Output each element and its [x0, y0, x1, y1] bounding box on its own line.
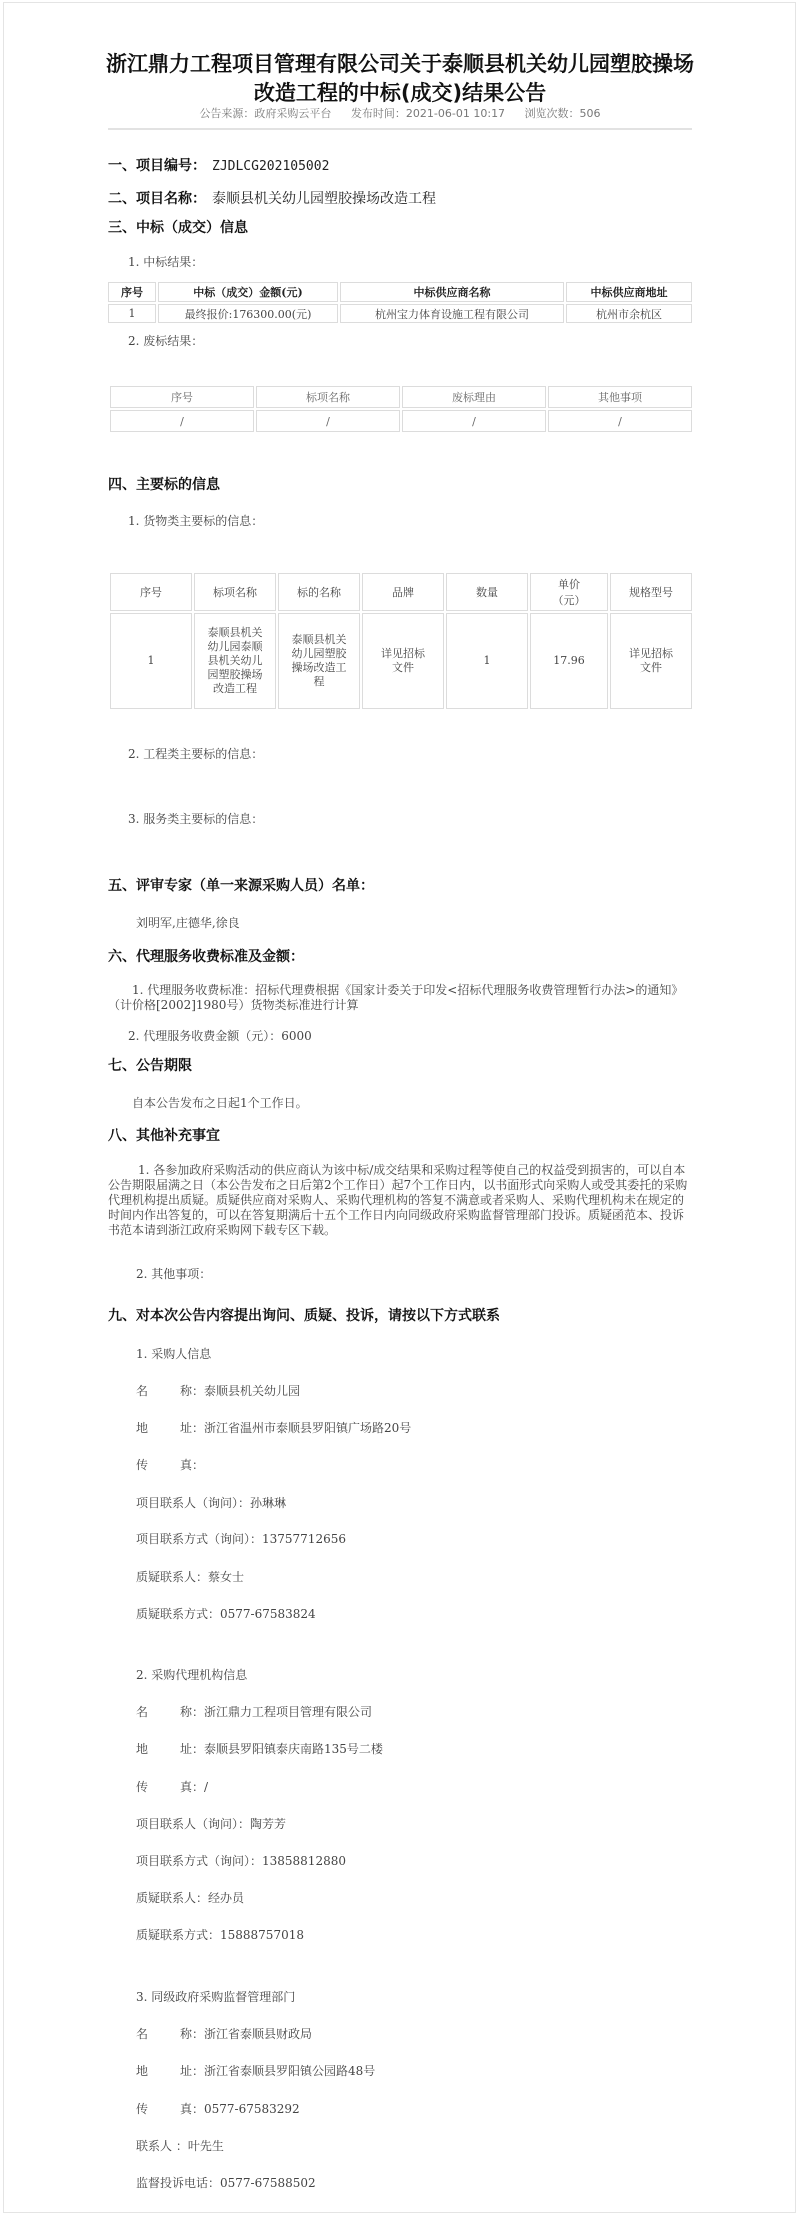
purchaser-question-contact: 质疑联系人：蔡女士: [136, 1568, 244, 1585]
purchaser-fax: 传真：: [136, 1456, 204, 1473]
column-header: 其他事项: [548, 386, 692, 408]
award-result-label: 1. 中标结果：: [128, 253, 203, 270]
section-main-items: 四、主要标的信息: [108, 474, 220, 494]
table-cell: /: [110, 410, 254, 432]
supervisor-complaint-phone: 监督投诉电话：0577-67588502: [136, 2174, 316, 2191]
table-row: 1 泰顺县机关幼儿园泰顺县机关幼儿园塑胶操场改造工程 泰顺县机关幼儿园塑胶操场改…: [110, 613, 692, 709]
agency-address: 地址：泰顺县罗阳镇泰庆南路135号二楼: [136, 1740, 383, 1757]
announcement-period: 自本公告发布之日起1个工作日。: [132, 1094, 308, 1111]
column-header: 中标供应商地址: [566, 282, 692, 302]
agency-contact: 项目联系人（询问）：陶芳芳: [136, 1815, 286, 1832]
section-heading: 二、项目名称：: [108, 191, 206, 207]
agency-question-phone: 质疑联系方式：15888757018: [136, 1926, 304, 1943]
agency-fax: 传真：/: [136, 1778, 208, 1795]
table-cell: /: [548, 410, 692, 432]
section-agency-fee: 六、代理服务收费标准及金额：: [108, 946, 304, 966]
supervisor-info-title: 3. 同级政府采购监督管理部门: [136, 1988, 295, 2005]
supervisor-name: 名称：浙江省泰顺县财政局: [136, 2025, 312, 2042]
unit-price: 17.96: [530, 613, 608, 709]
supervisor-fax: 传真：0577-67583292: [136, 2100, 300, 2117]
table-cell: 泰顺县机关幼儿园泰顺县机关幼儿园塑胶操场改造工程: [194, 613, 276, 709]
purchaser-contact-phone: 项目联系方式（询问）：13757712656: [136, 1530, 346, 1547]
page-frame: [3, 2, 796, 2213]
agency-info-title: 2. 采购代理机构信息: [136, 1666, 247, 1683]
goods-items-label: 1. 货物类主要标的信息：: [128, 512, 263, 529]
column-header: 废标理由: [402, 386, 546, 408]
table-header-row: 序号 中标（成交）金额(元) 中标供应商名称 中标供应商地址: [108, 282, 692, 302]
agency-contact-phone: 项目联系方式（询问）：13858812880: [136, 1852, 346, 1869]
table-cell: 泰顺县机关幼儿园塑胶操场改造工程: [278, 613, 360, 709]
table-cell: 详见招标文件: [610, 613, 692, 709]
supervisor-address: 地址：浙江省泰顺县罗阳镇公园路48号: [136, 2062, 375, 2079]
column-header: 单价（元）: [530, 573, 608, 611]
column-header: 序号: [110, 386, 254, 408]
expert-names: 刘明军,庄德华,徐良: [136, 914, 240, 931]
agency-fee-amount: 2. 代理服务收费金额（元）：6000: [128, 1027, 312, 1044]
service-items-label: 3. 服务类主要标的信息：: [128, 810, 263, 827]
page-title: 浙江鼎力工程项目管理有限公司关于泰顺县机关幼儿园塑胶操场改造工程的中标(成交)结…: [100, 50, 700, 108]
section-announcement-period: 七、公告期限: [108, 1055, 192, 1075]
engineering-items-label: 2. 工程类主要标的信息：: [128, 745, 263, 762]
section-project-name: 二、项目名称：泰顺县机关幼儿园塑胶操场改造工程: [108, 188, 436, 208]
void-result-label: 2. 废标结果：: [128, 332, 203, 349]
supervisor-contact: 联系人 ：叶先生: [136, 2137, 224, 2154]
agency-fee-standard: 1. 代理服务收费标准：招标代理费根据《国家计委关于印发<招标代理服务收费管理暂…: [108, 983, 692, 1013]
section-heading: 一、项目编号：: [108, 158, 206, 174]
goods-items-table: 序号 标项名称 标的名称 品牌 数量 单价（元） 规格型号 1 泰顺县机关幼儿园…: [108, 571, 694, 711]
purchaser-question-phone: 质疑联系方式：0577-67583824: [136, 1605, 316, 1622]
column-header: 标项名称: [194, 573, 276, 611]
table-cell: /: [256, 410, 400, 432]
column-header: 标的名称: [278, 573, 360, 611]
table-cell: 1: [108, 304, 156, 323]
announcement-meta: 公告来源：政府采购云平台 发布时间：2021-06-01 10:17 浏览次数：…: [100, 105, 700, 121]
section-other-matters: 八、其他补充事宜: [108, 1125, 220, 1145]
column-header: 数量: [446, 573, 528, 611]
purchaser-address: 地址：浙江省温州市泰顺县罗阳镇广场路20号: [136, 1419, 411, 1436]
table-header-row: 序号 标项名称 废标理由 其他事项: [110, 386, 692, 408]
other-matters: 2. 其他事项：: [136, 1265, 211, 1282]
purchaser-contact: 项目联系人（询问）：孙琳琳: [136, 1494, 286, 1511]
view-count: 浏览次数：506: [525, 107, 601, 120]
section-experts: 五、评审专家（单一来源采购人员）名单：: [108, 875, 374, 895]
supplier-name: 杭州宝力体育设施工程有限公司: [340, 304, 564, 323]
award-amount: 最终报价:176300.00(元): [158, 304, 338, 323]
void-result-table: 序号 标项名称 废标理由 其他事项 / / / /: [108, 384, 694, 434]
project-number: ZJDLCG202105002: [212, 159, 329, 174]
column-header: 标项名称: [256, 386, 400, 408]
table-cell: 详见招标文件: [362, 613, 444, 709]
column-header: 中标（成交）金额(元): [158, 282, 338, 302]
section-award-info: 三、中标（成交）信息: [108, 217, 248, 237]
column-header: 品牌: [362, 573, 444, 611]
publish-time: 发布时间：2021-06-01 10:17: [351, 107, 505, 120]
table-cell: 1: [446, 613, 528, 709]
column-header: 序号: [108, 282, 156, 302]
section-project-number: 一、项目编号：ZJDLCG202105002: [108, 155, 329, 175]
project-name: 泰顺县机关幼儿园塑胶操场改造工程: [212, 191, 436, 207]
agency-name: 名称：浙江鼎力工程项目管理有限公司: [136, 1703, 372, 1720]
table-row: 1 最终报价:176300.00(元) 杭州宝力体育设施工程有限公司 杭州市余杭…: [108, 304, 692, 323]
table-cell: /: [402, 410, 546, 432]
agency-question-contact: 质疑联系人：经办员: [136, 1889, 244, 1906]
table-row: / / / /: [110, 410, 692, 432]
column-header: 序号: [110, 573, 192, 611]
table-header-row: 序号 标项名称 标的名称 品牌 数量 单价（元） 规格型号: [110, 573, 692, 611]
purchaser-info-title: 1. 采购人信息: [136, 1345, 211, 1362]
award-result-table: 序号 中标（成交）金额(元) 中标供应商名称 中标供应商地址 1 最终报价:17…: [106, 280, 694, 325]
divider: [108, 128, 692, 130]
section-contact: 九、对本次公告内容提出询问、质疑、投诉，请按以下方式联系: [108, 1305, 500, 1325]
source-text: 公告来源：政府采购云平台: [199, 107, 331, 120]
table-cell: 1: [110, 613, 192, 709]
supplier-address: 杭州市余杭区: [566, 304, 692, 323]
column-header: 规格型号: [610, 573, 692, 611]
purchaser-name: 名称：泰顺县机关幼儿园: [136, 1382, 300, 1399]
complaint-notice: 1. 各参加政府采购活动的供应商认为该中标/成交结果和采购过程等使自己的权益受到…: [108, 1163, 692, 1238]
column-header: 中标供应商名称: [340, 282, 564, 302]
